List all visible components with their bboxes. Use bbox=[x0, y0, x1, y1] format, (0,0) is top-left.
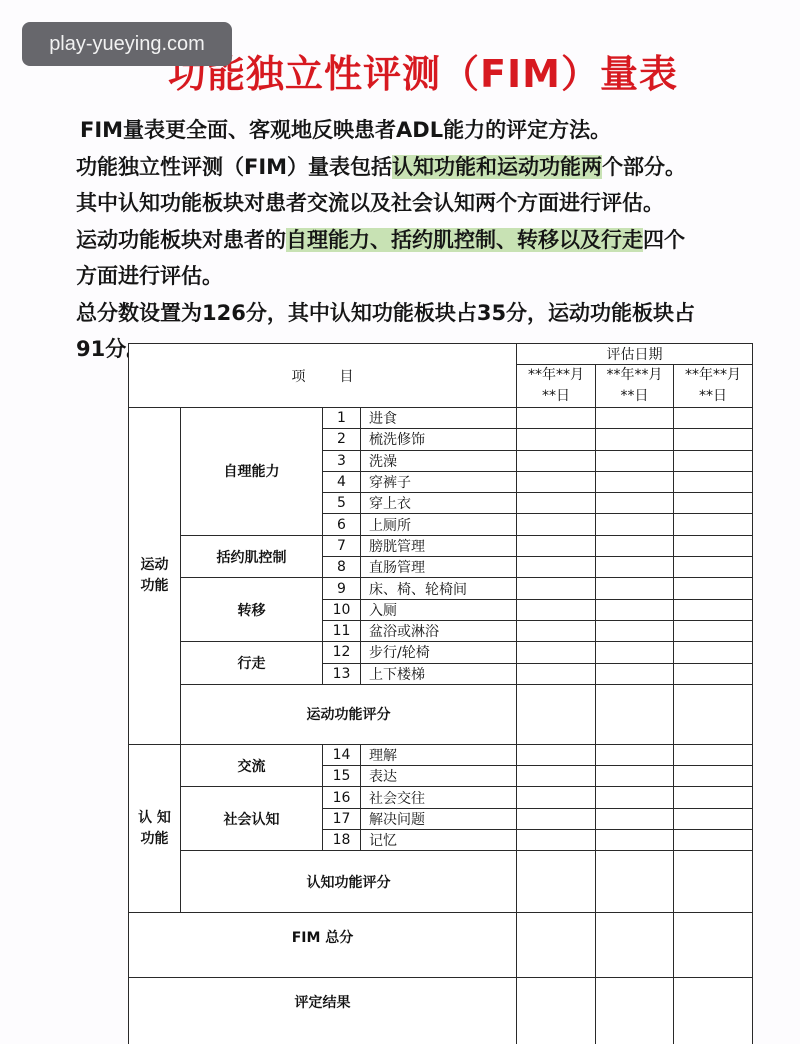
score-cell[interactable] bbox=[674, 557, 753, 578]
group-social-cognition: 社会认知 bbox=[181, 787, 323, 851]
intro-line-2-text: 功能独立性评测（FIM）量表包括 bbox=[76, 155, 392, 179]
score-cell[interactable] bbox=[674, 663, 753, 684]
item-number: 6 bbox=[323, 514, 361, 535]
score-cell[interactable] bbox=[517, 408, 596, 429]
score-cell[interactable] bbox=[517, 978, 596, 1044]
date-3-line-1: **年**月 bbox=[685, 367, 741, 383]
group-locomotion: 行走 bbox=[181, 642, 323, 685]
score-cell[interactable] bbox=[517, 851, 596, 913]
item-name: 上厕所 bbox=[361, 514, 517, 535]
score-cell[interactable] bbox=[674, 684, 753, 744]
score-cell[interactable] bbox=[596, 599, 674, 620]
score-cell[interactable] bbox=[517, 450, 596, 471]
score-cell[interactable] bbox=[674, 851, 753, 913]
score-cell[interactable] bbox=[674, 978, 753, 1044]
group-sphincter: 括约肌控制 bbox=[181, 535, 323, 578]
score-cell[interactable] bbox=[517, 578, 596, 599]
item-number: 3 bbox=[323, 450, 361, 471]
item-number: 16 bbox=[323, 787, 361, 808]
item-number: 7 bbox=[323, 535, 361, 556]
category-motor: 运动功能 bbox=[129, 408, 181, 745]
fim-total-label: FIM 总分 bbox=[129, 913, 517, 978]
item-name: 理解 bbox=[361, 744, 517, 765]
intro-line-4-end: 四个 bbox=[643, 228, 685, 252]
table-row: 社会认知 16 社会交往 bbox=[129, 787, 753, 808]
score-cell[interactable] bbox=[596, 408, 674, 429]
score-cell[interactable] bbox=[517, 744, 596, 765]
score-cell[interactable] bbox=[517, 766, 596, 787]
date-3-line-2: **日 bbox=[699, 388, 727, 404]
item-name: 床、椅、轮椅间 bbox=[361, 578, 517, 599]
item-name: 解决问题 bbox=[361, 808, 517, 829]
intro-line-2: 功能独立性评测（FIM）量表包括认知功能和运动功能两个部分。 bbox=[76, 149, 776, 186]
score-cell[interactable] bbox=[596, 851, 674, 913]
score-cell[interactable] bbox=[517, 663, 596, 684]
score-cell[interactable] bbox=[674, 830, 753, 851]
group-self-care: 自理能力 bbox=[181, 408, 323, 536]
score-cell[interactable] bbox=[596, 663, 674, 684]
result-label: 评定结果 bbox=[129, 978, 517, 1044]
intro-line-6: 总分数设置为126分，其中认知功能板块占35分，运动功能板块占 bbox=[76, 295, 776, 332]
item-number: 12 bbox=[323, 642, 361, 663]
score-cell[interactable] bbox=[517, 787, 596, 808]
score-cell[interactable] bbox=[596, 450, 674, 471]
score-cell[interactable] bbox=[674, 493, 753, 514]
group-communication: 交流 bbox=[181, 744, 323, 787]
score-cell[interactable] bbox=[674, 578, 753, 599]
score-cell[interactable] bbox=[674, 808, 753, 829]
score-cell[interactable] bbox=[517, 471, 596, 492]
score-cell[interactable] bbox=[674, 514, 753, 535]
score-cell[interactable] bbox=[596, 766, 674, 787]
item-name: 梳洗修饰 bbox=[361, 429, 517, 450]
date-2-line-2: **日 bbox=[621, 388, 649, 404]
score-cell[interactable] bbox=[674, 599, 753, 620]
intro-text: FIM量表更全面、客观地反映患者ADL能力的评定方法。 功能独立性评测（FIM）… bbox=[76, 112, 776, 368]
score-cell[interactable] bbox=[596, 808, 674, 829]
score-cell[interactable] bbox=[517, 557, 596, 578]
header-eval-date: 评估日期 bbox=[517, 344, 753, 365]
item-name: 膀胱管理 bbox=[361, 535, 517, 556]
cognitive-score-row: 认知功能评分 bbox=[129, 851, 753, 913]
motor-score-label: 运动功能评分 bbox=[181, 684, 517, 744]
category-cognitive-line-1: 认 知 bbox=[138, 810, 171, 826]
score-cell[interactable] bbox=[517, 684, 596, 744]
table-row: 认 知功能 交流 14 理解 bbox=[129, 744, 753, 765]
intro-line-5: 方面进行评估。 bbox=[76, 258, 776, 295]
item-number: 9 bbox=[323, 578, 361, 599]
score-cell[interactable] bbox=[517, 642, 596, 663]
item-number: 17 bbox=[323, 808, 361, 829]
score-cell[interactable] bbox=[517, 620, 596, 641]
category-motor-line-2: 功能 bbox=[141, 578, 169, 594]
score-cell[interactable] bbox=[674, 787, 753, 808]
item-name: 社会交往 bbox=[361, 787, 517, 808]
score-cell[interactable] bbox=[596, 642, 674, 663]
category-motor-line-1: 运动 bbox=[141, 557, 169, 573]
item-name: 上下楼梯 bbox=[361, 663, 517, 684]
header-item: 项目 bbox=[129, 344, 517, 408]
score-cell[interactable] bbox=[596, 557, 674, 578]
result-row: 评定结果 bbox=[129, 978, 753, 1044]
score-cell[interactable] bbox=[596, 787, 674, 808]
motor-score-row: 运动功能评分 bbox=[129, 684, 753, 744]
item-name: 步行/轮椅 bbox=[361, 642, 517, 663]
item-number: 2 bbox=[323, 429, 361, 450]
score-cell[interactable] bbox=[596, 620, 674, 641]
group-transfer: 转移 bbox=[181, 578, 323, 642]
table-row: 括约肌控制 7 膀胱管理 bbox=[129, 535, 753, 556]
score-cell[interactable] bbox=[517, 535, 596, 556]
watermark-badge: play-yueying.com bbox=[22, 22, 232, 66]
fim-table: 项目 评估日期 **年**月**日 **年**月**日 **年**月**日 运动… bbox=[128, 343, 753, 1044]
score-cell[interactable] bbox=[596, 913, 674, 978]
item-name: 直肠管理 bbox=[361, 557, 517, 578]
score-cell[interactable] bbox=[517, 514, 596, 535]
header-date-1: **年**月**日 bbox=[517, 365, 596, 408]
score-cell[interactable] bbox=[517, 830, 596, 851]
highlight-parts: 认知功能和运动功能两 bbox=[392, 155, 602, 179]
score-cell[interactable] bbox=[596, 493, 674, 514]
score-cell[interactable] bbox=[596, 535, 674, 556]
item-name: 记忆 bbox=[361, 830, 517, 851]
item-number: 11 bbox=[323, 620, 361, 641]
score-cell[interactable] bbox=[674, 471, 753, 492]
header-date-3: **年**月**日 bbox=[674, 365, 753, 408]
item-name: 穿上衣 bbox=[361, 493, 517, 514]
score-cell[interactable] bbox=[674, 642, 753, 663]
item-name: 进食 bbox=[361, 408, 517, 429]
score-cell[interactable] bbox=[517, 913, 596, 978]
item-name: 盆浴或淋浴 bbox=[361, 620, 517, 641]
score-cell[interactable] bbox=[596, 578, 674, 599]
score-cell[interactable] bbox=[517, 808, 596, 829]
fim-total-row: FIM 总分 bbox=[129, 913, 753, 978]
item-number: 4 bbox=[323, 471, 361, 492]
score-cell[interactable] bbox=[596, 830, 674, 851]
item-number: 10 bbox=[323, 599, 361, 620]
item-name: 洗澡 bbox=[361, 450, 517, 471]
score-cell[interactable] bbox=[596, 471, 674, 492]
item-name: 穿裤子 bbox=[361, 471, 517, 492]
score-cell[interactable] bbox=[596, 684, 674, 744]
score-cell[interactable] bbox=[517, 429, 596, 450]
cognitive-score-label: 认知功能评分 bbox=[181, 851, 517, 913]
intro-line-3: 其中认知功能板块对患者交流以及社会认知两个方面进行评估。 bbox=[76, 185, 776, 222]
table-row: 运动功能 自理能力 1 进食 bbox=[129, 408, 753, 429]
score-cell[interactable] bbox=[674, 429, 753, 450]
score-cell[interactable] bbox=[674, 913, 753, 978]
table-row: 转移 9 床、椅、轮椅间 bbox=[129, 578, 753, 599]
intro-line-2-end: 个部分。 bbox=[602, 155, 686, 179]
score-cell[interactable] bbox=[596, 978, 674, 1044]
score-cell[interactable] bbox=[596, 514, 674, 535]
table-row: 行走 12 步行/轮椅 bbox=[129, 642, 753, 663]
intro-line-1: FIM量表更全面、客观地反映患者ADL能力的评定方法。 bbox=[76, 112, 776, 149]
header-item-b: 目 bbox=[340, 369, 354, 385]
item-number: 18 bbox=[323, 830, 361, 851]
score-cell[interactable] bbox=[596, 744, 674, 765]
score-cell[interactable] bbox=[517, 493, 596, 514]
score-cell[interactable] bbox=[674, 620, 753, 641]
score-cell[interactable] bbox=[596, 429, 674, 450]
highlight-motor-aspects: 自理能力、括约肌控制、转移以及行走 bbox=[286, 228, 643, 252]
score-cell[interactable] bbox=[674, 408, 753, 429]
date-2-line-1: **年**月 bbox=[607, 367, 663, 383]
item-number: 5 bbox=[323, 493, 361, 514]
category-cognitive-line-2: 功能 bbox=[141, 831, 169, 847]
header-date-2: **年**月**日 bbox=[596, 365, 674, 408]
intro-line-4: 运动功能板块对患者的自理能力、括约肌控制、转移以及行走四个 bbox=[76, 222, 776, 259]
date-1-line-2: **日 bbox=[542, 388, 570, 404]
score-cell[interactable] bbox=[674, 744, 753, 765]
intro-line-4-text: 运动功能板块对患者的 bbox=[76, 228, 286, 252]
category-cognitive: 认 知功能 bbox=[129, 744, 181, 912]
item-number: 14 bbox=[323, 744, 361, 765]
item-name: 入厕 bbox=[361, 599, 517, 620]
score-cell[interactable] bbox=[674, 450, 753, 471]
date-1-line-1: **年**月 bbox=[528, 367, 584, 383]
header-item-a: 项 bbox=[292, 369, 306, 385]
item-number: 15 bbox=[323, 766, 361, 787]
score-cell[interactable] bbox=[517, 599, 596, 620]
item-name: 表达 bbox=[361, 766, 517, 787]
item-number: 1 bbox=[323, 408, 361, 429]
score-cell[interactable] bbox=[674, 766, 753, 787]
score-cell[interactable] bbox=[674, 535, 753, 556]
item-number: 13 bbox=[323, 663, 361, 684]
item-number: 8 bbox=[323, 557, 361, 578]
